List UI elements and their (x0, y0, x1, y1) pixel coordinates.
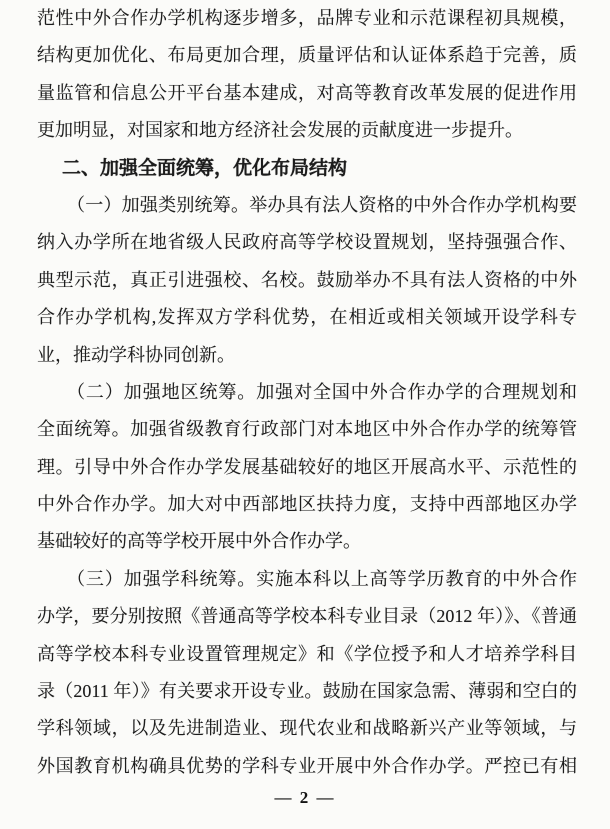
document-body: 范性中外合作办学机构逐步增多，品牌专业和示范课程初具规模， 结构更加优化、布局更… (37, 0, 577, 785)
text-line: 外国教育机构确具优势的学科专业开展中外合作办学。严控已有相 (37, 748, 577, 785)
text-line: 办学，要分别按照《普通高等学校本科专业目录（2012 年）》、《普通 (37, 598, 577, 635)
text-line: 纳入办学所在地省级人民政府高等学校设置规划，坚持强强合作、 (37, 224, 577, 261)
text-line: 量监管和信息公开平台基本建成，对高等教育改革发展的促进作用 (37, 75, 577, 112)
text-line: 全面统筹。加强省级教育行政部门对本地区中外合作办学的统筹管 (37, 411, 577, 448)
text-line: 结构更加优化、布局更加合理，质量评估和认证体系趋于完善，质 (37, 37, 577, 74)
text-line: 中外合作办学。加大对中西部地区扶持力度，支持中西部地区办学 (37, 486, 577, 523)
text-line: （一）加强类别统筹。举办具有法人资格的中外合作办学机构要 (37, 187, 577, 224)
text-line: 合作办学机构,发挥双方学科优势，在相近或相关领域开设学科专 (37, 299, 577, 336)
section-heading: 二、加强全面统筹，优化布局结构 (37, 150, 577, 187)
text-line: 典型示范，真正引进强校、名校。鼓励举办不具有法人资格的中外 (37, 262, 577, 299)
text-line: 录（2011 年）》有关要求开设专业。鼓励在国家急需、薄弱和空白的 (37, 673, 577, 710)
text-line: 高等学校本科专业设置管理规定》和《学位授予和人才培养学科目 (37, 636, 577, 673)
text-line: （三）加强学科统筹。实施本科以上高等学历教育的中外合作 (37, 561, 577, 598)
text-line: 范性中外合作办学机构逐步增多，品牌专业和示范课程初具规模， (37, 0, 577, 37)
text-line: 更加明显，对国家和地方经济社会发展的贡献度进一步提升。 (37, 112, 577, 149)
text-line: （二）加强地区统筹。加强对全国中外合作办学的合理规划和 (37, 374, 577, 411)
text-line: 理。引导中外合作办学发展基础较好的地区开展高水平、示范性的 (37, 449, 577, 486)
page-number: — 2 — (0, 788, 610, 808)
text-line: 业，推动学科协同创新。 (37, 337, 577, 374)
text-line: 学科领域，以及先进制造业、现代农业和战略新兴产业等领域，与 (37, 710, 577, 747)
scanned-document-page: 范性中外合作办学机构逐步增多，品牌专业和示范课程初具规模， 结构更加优化、布局更… (0, 0, 610, 829)
text-line: 基础较好的高等学校开展中外合作办学。 (37, 523, 577, 560)
